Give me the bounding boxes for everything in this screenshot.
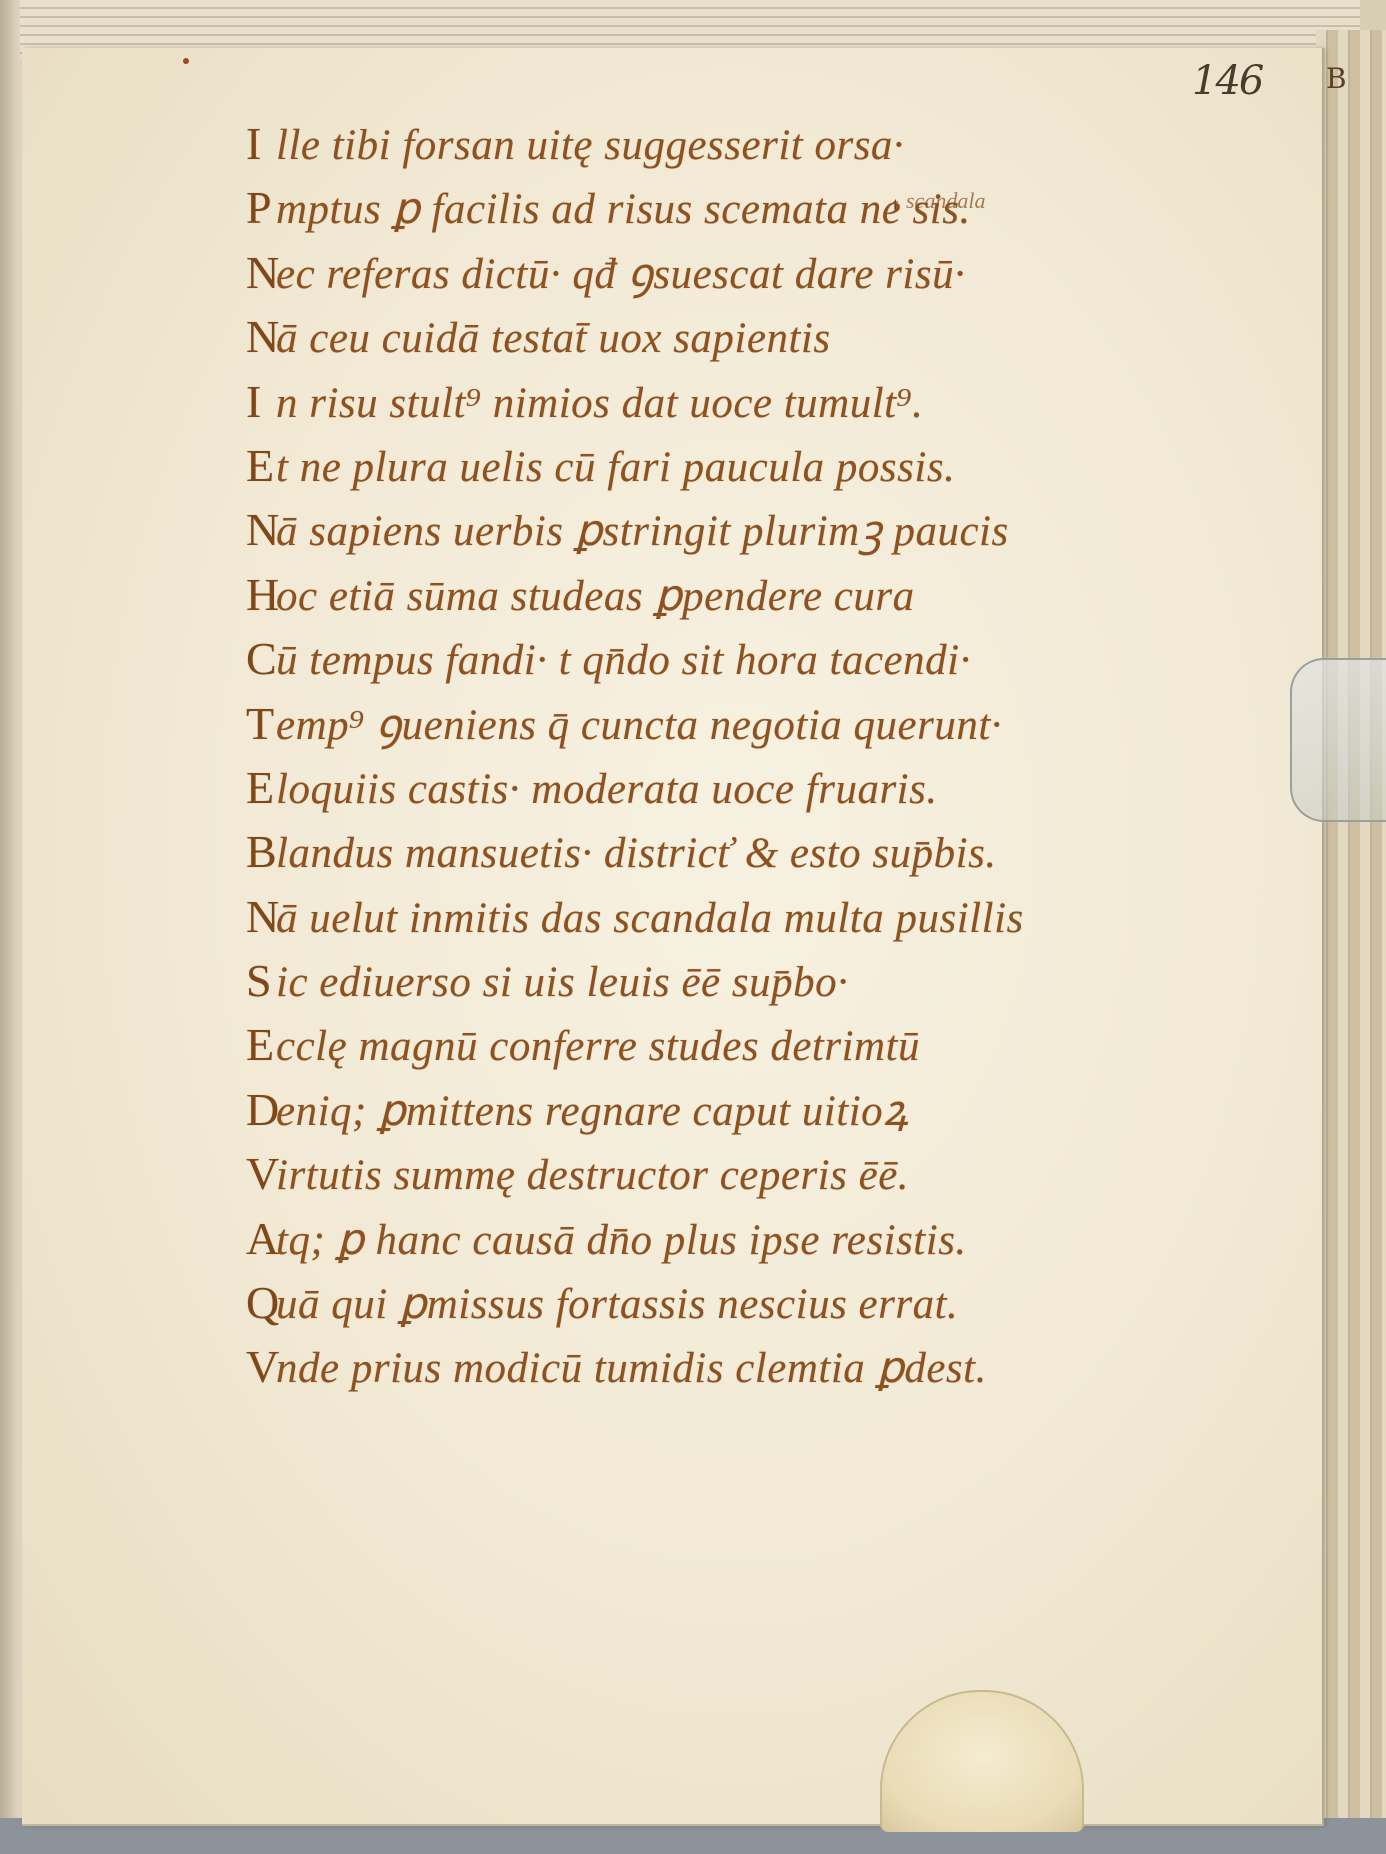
text-line: Sic ediuerso si uis leuis ēē sup̄bo·	[246, 949, 1326, 1013]
line-text: t ne plura uelis cū fari paucula possis.	[276, 444, 955, 491]
line-initial: E	[246, 1013, 276, 1077]
line-text: eniq; ꝑmittens regnare caput uitioꝝ	[276, 1088, 909, 1135]
text-line: Hoc etiā sūma studeas ꝑpendere cura	[246, 563, 1326, 627]
line-text: tq; ꝑ hanc causā dn̄o plus ipse resistis…	[276, 1217, 967, 1264]
line-initial: N	[246, 498, 276, 562]
line-text: loquiis castis· moderata uoce fruaris.	[276, 766, 938, 813]
line-text: ū tempus fandi· t qn̄do sit hora tacendi…	[276, 637, 971, 684]
line-initial: S	[246, 949, 276, 1013]
line-text: ā uelut inmitis das scandala multa pusil…	[276, 895, 1024, 942]
text-line: Nā sapiens uerbis ꝑstringit plurimꝫ pauc…	[246, 498, 1326, 562]
line-text: n risu stult⁹ nimios dat uoce tumult⁹.	[276, 380, 923, 427]
line-initial: V	[246, 1142, 276, 1206]
ink-speck	[183, 58, 189, 64]
line-text: mptus ꝑ facilis ad risus scemata ne sis.	[276, 186, 971, 233]
line-text: ic ediuerso si uis leuis ēē sup̄bo·	[276, 959, 848, 1006]
line-text: nde prius modicū tumidis clemtia ꝑdest.	[276, 1345, 987, 1392]
line-initial: I	[246, 370, 276, 434]
line-text: irtutis summę destructor ceperis ēē.	[276, 1152, 909, 1199]
line-initial: H	[246, 563, 276, 627]
line-text: landus mansuetis· districť & esto sup̄bi…	[276, 830, 997, 877]
line-initial: N	[246, 241, 276, 305]
folio-number: 146	[1192, 58, 1262, 104]
line-initial: C	[246, 627, 276, 691]
text-line: Atq; ꝑ hanc causā dn̄o plus ipse resisti…	[246, 1207, 1326, 1271]
text-line: In risu stult⁹ nimios dat uoce tumult⁹.	[246, 370, 1326, 434]
line-text: uā qui ꝑmissus fortassis nescius errat.	[276, 1281, 958, 1328]
text-line: Nā ceu cuidā testat̄ uox sapientis	[246, 305, 1326, 369]
text-line: Eloquiis castis· moderata uoce fruaris.	[246, 756, 1326, 820]
line-initial: E	[246, 434, 276, 498]
line-initial: I	[246, 112, 276, 176]
adjacent-folio-mark: B	[1326, 62, 1347, 95]
page-stack-right	[1316, 30, 1386, 1820]
text-line: Nā uelut inmitis das scandala multa pusi…	[246, 885, 1326, 949]
line-initial: T	[246, 692, 276, 756]
text-line: Temp⁹ ꝯueniens q̄ cuncta negotia querunt…	[246, 692, 1326, 756]
text-block: Ille tibi forsan uitę suggesserit orsa· …	[246, 112, 1326, 1400]
text-line: Deniq; ꝑmittens regnare caput uitioꝝ	[246, 1078, 1326, 1142]
line-text: lle tibi forsan uitę suggesserit orsa·	[276, 122, 904, 169]
line-initial: Q	[246, 1271, 276, 1335]
line-initial: E	[246, 756, 276, 820]
text-line: Et ne plura uelis cū fari paucula possis…	[246, 434, 1326, 498]
line-text: oc etiā sūma studeas ꝑpendere cura	[276, 573, 915, 620]
line-initial: N	[246, 305, 276, 369]
text-line: Pmptus ꝑ facilis ad risus scemata ne sis…	[246, 176, 1326, 240]
page-clip-tab	[1290, 658, 1386, 822]
text-line: Vnde prius modicū tumidis clemtia ꝑdest.	[246, 1335, 1326, 1399]
line-initial: D	[246, 1078, 276, 1142]
text-line: Cū tempus fandi· t qn̄do sit hora tacend…	[246, 627, 1326, 691]
line-text: emp⁹ ꝯueniens q̄ cuncta negotia querunt·	[276, 702, 1002, 749]
line-initial: N	[246, 885, 276, 949]
text-line: Blandus mansuetis· districť & esto sup̄b…	[246, 820, 1326, 884]
line-initial: B	[246, 820, 276, 884]
line-text: ec referas dictū· qđ ꝯsuescat dare risū·	[276, 251, 965, 298]
text-line: Ille tibi forsan uitę suggesserit orsa·	[246, 112, 1326, 176]
line-initial: V	[246, 1335, 276, 1399]
line-initial: A	[246, 1207, 276, 1271]
text-line: Quā qui ꝑmissus fortassis nescius errat.	[246, 1271, 1326, 1335]
text-line: Virtutis summę destructor ceperis ēē.	[246, 1142, 1326, 1206]
text-line: Nec referas dictū· qđ ꝯsuescat dare risū…	[246, 241, 1326, 305]
text-line: Ecclę magnū conferre studes detrimtū	[246, 1013, 1326, 1077]
line-text: ā sapiens uerbis ꝑstringit plurimꝫ pauci…	[276, 508, 1009, 555]
line-initial: P	[246, 176, 276, 240]
line-text: cclę magnū conferre studes detrimtū	[276, 1023, 920, 1070]
line-text: ā ceu cuidā testat̄ uox sapientis	[276, 315, 831, 362]
